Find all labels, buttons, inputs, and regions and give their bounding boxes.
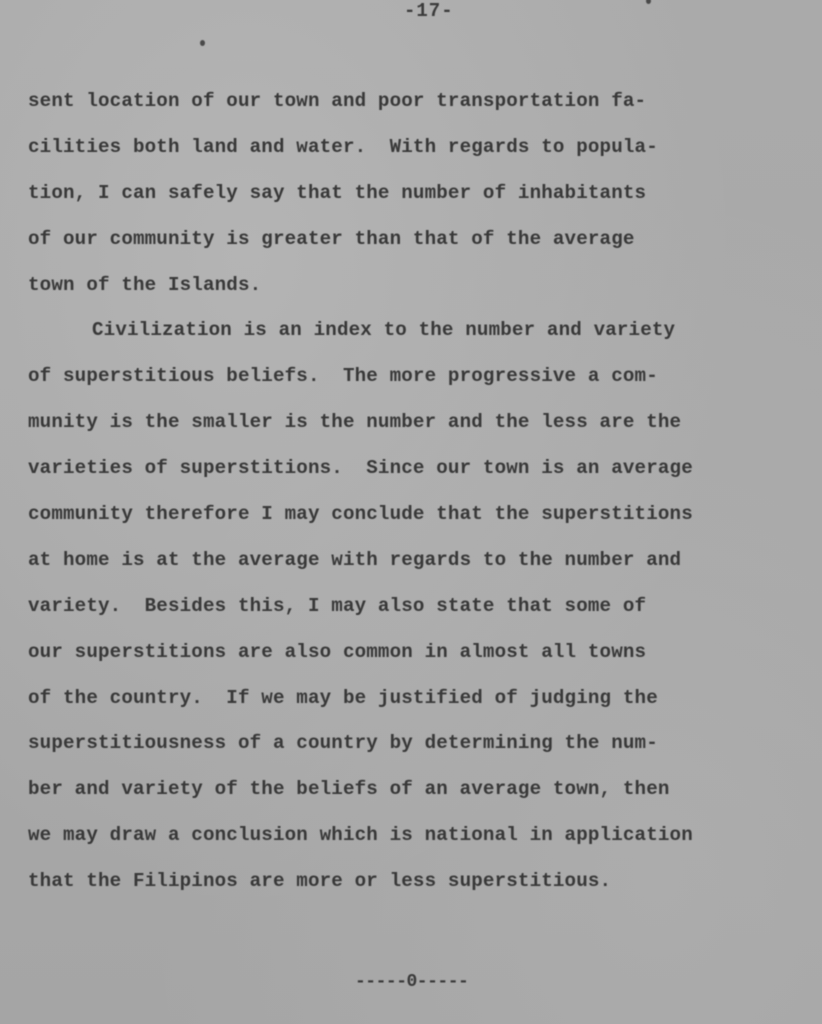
text-line: of superstitious beliefs. The more progr… [28,361,818,407]
text-line: munity is the smaller is the number and … [28,407,818,453]
text-line: our superstitions are also common in alm… [28,637,818,683]
text-line: superstitiousness of a country by determ… [28,728,818,774]
body-text: sent location of our town and poor trans… [28,86,818,912]
text-line: Civilization is an index to the number a… [28,315,818,361]
text-line: sent location of our town and poor trans… [28,86,818,132]
text-line: cilities both land and water. With regar… [28,132,818,178]
text-line: we may draw a conclusion which is nation… [28,820,818,866]
text-line: town of the Islands. [28,270,818,316]
paragraph-1: sent location of our town and poor trans… [28,86,818,315]
ink-speck [646,0,651,4]
page-number: -17- [404,0,454,22]
text-line: of our community is greater than that of… [28,224,818,270]
paragraph-2: Civilization is an index to the number a… [28,315,818,912]
text-line: that the Filipinos are more or less supe… [28,866,818,912]
scanned-page: -17- sent location of our town and poor … [0,0,822,1024]
text-line: tion, I can safely say that the number o… [28,178,818,224]
text-line: at home is at the average with regards t… [28,545,818,591]
ink-speck [200,40,205,46]
text-line: of the country. If we may be justified o… [28,683,818,729]
text-line: varieties of superstitions. Since our to… [28,453,818,499]
text-line: community therefore I may conclude that … [28,499,818,545]
text-line: variety. Besides this, I may also state … [28,591,818,637]
text-line: ber and variety of the beliefs of an ave… [28,774,818,820]
end-mark: -----0----- [355,972,468,992]
